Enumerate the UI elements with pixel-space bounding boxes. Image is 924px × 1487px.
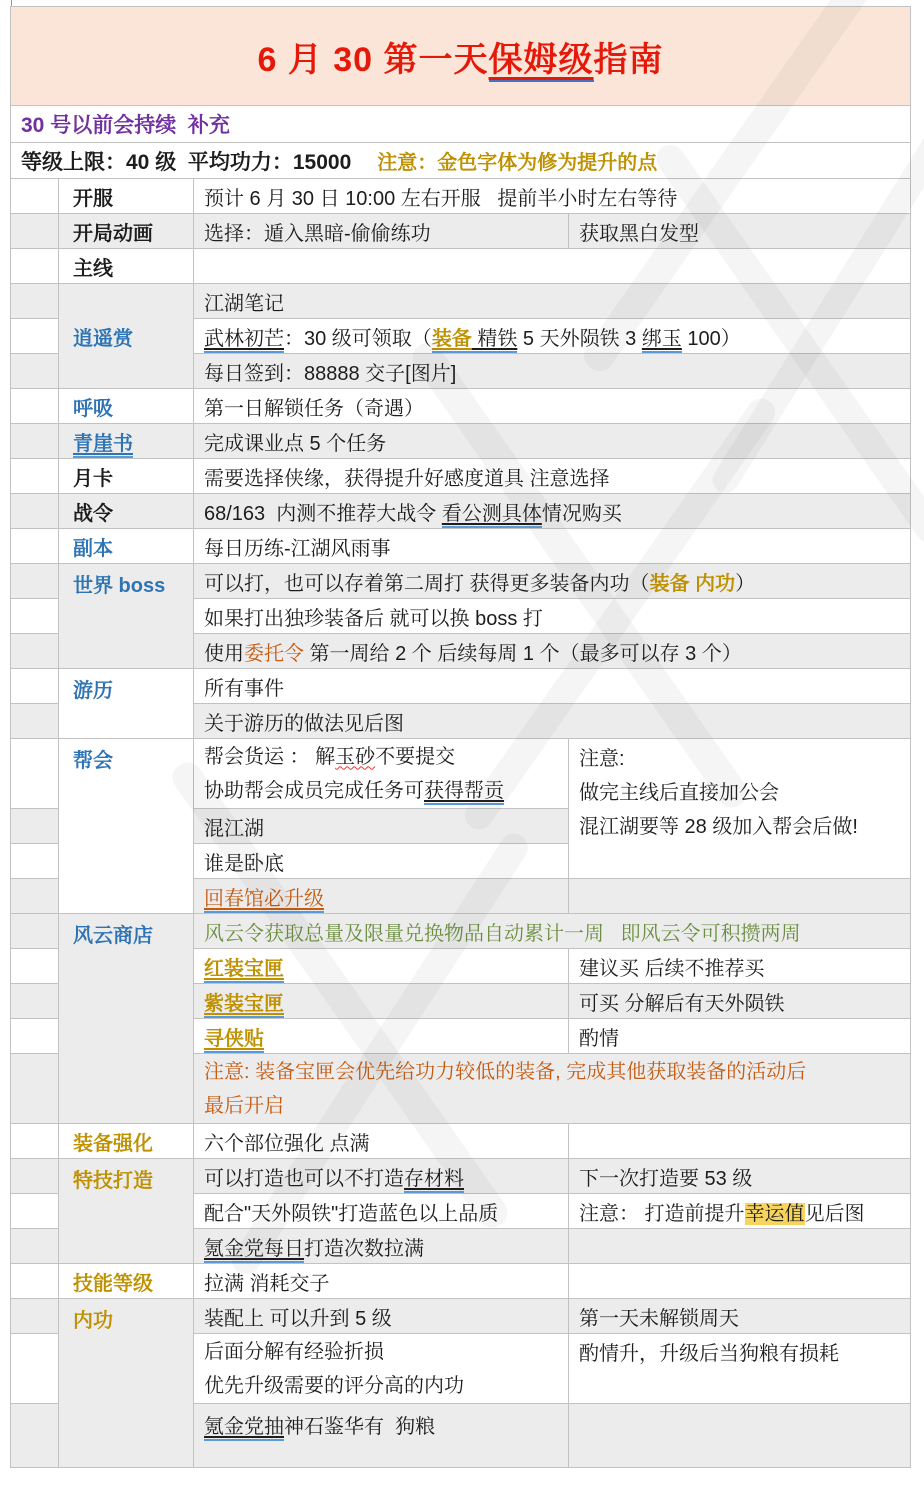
row-teji-1: 特技打造可以打造也可以不打造存材料下一次打造要 53 级	[11, 1159, 911, 1194]
desc-donghua-right: 获取黑白发型	[569, 214, 911, 249]
cat-yueka: 月卡	[59, 459, 194, 494]
desc-neigong-3: 氪金党抽神石鉴华有 狗粮	[194, 1404, 569, 1468]
guide-sheet: 6 月 30 第一天保姆级指南 30 号以前会持续 补充 等级上限：40 级 平…	[0, 0, 924, 1487]
empty-cell	[11, 1019, 59, 1054]
desc-yueka: 需要选择侠缘，获得提升好感度道具 注意选择	[194, 459, 911, 494]
note-hongzhuang: 建议买 后续不推荐买	[569, 949, 911, 984]
empty-cell	[11, 424, 59, 459]
desc-neigong-1: 装配上 可以升到 5 级	[194, 1299, 569, 1334]
empty-cell	[11, 599, 59, 634]
cat-fuben: 副本	[59, 529, 194, 564]
desc-youli-1: 所有事件	[194, 669, 911, 704]
cat-qingya: 青崖书	[59, 424, 194, 459]
empty-cell	[11, 844, 59, 879]
empty-cell	[11, 1054, 59, 1124]
row-banghui-1: 帮会帮会货运 ： 解玉砂不要提交协助帮会成员完成任务可获得帮贡注意:做完主线后直…	[11, 739, 911, 809]
desc-boss-2: 如果打出独珍装备后 就可以换 boss 打	[194, 599, 911, 634]
empty-cell	[11, 529, 59, 564]
empty-cell	[11, 249, 59, 284]
note-zizhuang: 可买 分解后有天外陨铁	[569, 984, 911, 1019]
row-jineng: 技能等级拉满 消耗交子	[11, 1264, 911, 1299]
level-row: 等级上限：40 级 平均功力：15000注意：金色字体为修为提升的点	[11, 143, 911, 179]
row-donghua: 开局动画选择：遁入黑暗-偷偷练功获取黑白发型	[11, 214, 911, 249]
empty-cell	[11, 179, 59, 214]
empty-cell	[569, 1229, 911, 1264]
desc-qingya: 完成课业点 5 个任务	[194, 424, 911, 459]
desc-boss-3: 使用委托令 第一周给 2 个 后续每周 1 个（最多可以存 3 个）	[194, 634, 911, 669]
row-neigong-1: 内功装配上 可以升到 5 级第一天未解锁周天	[11, 1299, 911, 1334]
cat-xiaoyao: 逍遥赏	[59, 284, 194, 389]
empty-cell	[11, 669, 59, 704]
desc-fengyun-green: 风云令获取总量及限量兑换物品自动累计一周 即风云令可积攒两周	[194, 914, 911, 949]
purple-note: 30 号以前会持续 补充	[11, 106, 911, 143]
purple-note-row: 30 号以前会持续 补充	[11, 106, 911, 143]
level-note: 等级上限：40 级 平均功力：15000注意：金色字体为修为提升的点	[11, 143, 911, 179]
desc-zizhuang: 紫装宝匣	[194, 984, 569, 1019]
empty-cell	[11, 949, 59, 984]
cat-neigong: 内功	[59, 1299, 194, 1468]
desc-youli-2: 关于游历的做法见后图	[194, 704, 911, 739]
cat-world-boss: 世界 boss	[59, 564, 194, 669]
row-fuben: 副本每日历练-江湖风雨事	[11, 529, 911, 564]
cat-qianghua: 装备强化	[59, 1124, 194, 1159]
note-neigong-1: 第一天未解锁周天	[569, 1299, 911, 1334]
desc-donghua: 选择：遁入黑暗-偷偷练功	[194, 214, 569, 249]
empty-cell	[11, 1404, 59, 1468]
desc-daily-signin: 每日签到：88888 交子[图片]	[194, 354, 911, 389]
desc-banghui-3: 谁是卧底	[194, 844, 569, 879]
empty-cell	[11, 1229, 59, 1264]
row-zhuxian: 主线	[11, 249, 911, 284]
desc-boss-1: 可以打，也可以存着第二周打 获得更多装备内功（装备 内功）	[194, 564, 911, 599]
title-cell: 6 月 30 第一天保姆级指南	[11, 7, 911, 106]
empty-cell	[11, 809, 59, 844]
row-fengyun-1: 风云商店风云令获取总量及限量兑换物品自动累计一周 即风云令可积攒两周	[11, 914, 911, 949]
row-qingya: 青崖书完成课业点 5 个任务	[11, 424, 911, 459]
row-yueka: 月卡需要选择侠缘，获得提升好感度道具 注意选择	[11, 459, 911, 494]
empty-cell	[11, 984, 59, 1019]
note-teji-1: 下一次打造要 53 级	[569, 1159, 911, 1194]
row-huxi: 呼吸第一日解锁任务（奇遇）	[11, 389, 911, 424]
desc-teji-2: 配合"天外陨铁"打造蓝色以上品质	[194, 1194, 569, 1229]
desc-teji-1: 可以打造也可以不打造存材料	[194, 1159, 569, 1194]
note-neigong-2: 酌情升，升级后当狗粮有损耗	[569, 1334, 911, 1404]
row-youli-1: 游历所有事件	[11, 669, 911, 704]
empty-cell	[11, 214, 59, 249]
desc-banghui-4: 回春馆必升级	[194, 879, 569, 914]
empty-cell	[11, 564, 59, 599]
empty-cell	[11, 389, 59, 424]
cat-zhanling: 战令	[59, 494, 194, 529]
desc-jianghu-biji: 江湖笔记	[194, 284, 911, 319]
row-boss-1: 世界 boss可以打，也可以存着第二周打 获得更多装备内功（装备 内功）	[11, 564, 911, 599]
note-baoxia: 注意: 装备宝匣会优先给功力较低的装备, 完成其他获取装备的活动后最后开启	[194, 1054, 911, 1124]
title-banner: 6 月 30 第一天保姆级指南	[11, 7, 911, 106]
empty-cell	[11, 1194, 59, 1229]
guide-table: 6 月 30 第一天保姆级指南 30 号以前会持续 补充 等级上限：40 级 平…	[10, 6, 911, 1468]
empty-cell	[11, 739, 59, 809]
desc-kaifu: 预计 6 月 30 日 10:00 左右开服 提前半小时左右等待	[194, 179, 911, 214]
desc-zhanling: 68/163 内测不推荐大战令 看公测具体情况购买	[194, 494, 911, 529]
desc-banghui-1: 帮会货运 ： 解玉砂不要提交协助帮会成员完成任务可获得帮贡	[194, 739, 569, 809]
empty-cell	[11, 1299, 59, 1334]
empty-cell	[569, 879, 911, 914]
empty-cell	[11, 319, 59, 354]
empty-cell	[194, 249, 911, 284]
empty-cell	[11, 1159, 59, 1194]
cat-fengyun: 风云商店	[59, 914, 194, 1124]
desc-qianghua: 六个部位强化 点满	[194, 1124, 569, 1159]
empty-cell	[11, 914, 59, 949]
empty-cell	[11, 1124, 59, 1159]
empty-cell	[11, 459, 59, 494]
desc-xunxiatie: 寻侠贴	[194, 1019, 569, 1054]
desc-wulin-chumang: 武林初芒：30 级可领取（装备 精铁 5 天外陨铁 3 绑玉 100）	[194, 319, 911, 354]
note-xunxiatie: 酌情	[569, 1019, 911, 1054]
row-qianghua: 装备强化六个部位强化 点满	[11, 1124, 911, 1159]
cat-donghua: 开局动画	[59, 214, 194, 249]
row-kaifu: 开服预计 6 月 30 日 10:00 左右开服 提前半小时左右等待	[11, 179, 911, 214]
row-zhanling: 战令68/163 内测不推荐大战令 看公测具体情况购买	[11, 494, 911, 529]
empty-cell	[569, 1264, 911, 1299]
empty-cell	[11, 494, 59, 529]
cat-teji: 特技打造	[59, 1159, 194, 1264]
desc-hongzhuang: 红装宝匣	[194, 949, 569, 984]
cat-youli: 游历	[59, 669, 194, 739]
desc-huxi: 第一日解锁任务（奇遇）	[194, 389, 911, 424]
empty-cell	[11, 704, 59, 739]
note-banghui: 注意:做完主线后直接加公会混江湖要等 28 级加入帮会后做!	[569, 739, 911, 879]
desc-teji-3: 氪金党每日打造次数拉满	[194, 1229, 569, 1264]
desc-banghui-2: 混江湖	[194, 809, 569, 844]
empty-cell	[569, 1404, 911, 1468]
cat-zhuxian: 主线	[59, 249, 194, 284]
empty-cell	[11, 1264, 59, 1299]
empty-cell	[11, 1334, 59, 1404]
cat-banghui: 帮会	[59, 739, 194, 914]
note-teji-2: 注意： 打造前提升幸运值见后图	[569, 1194, 911, 1229]
cat-huxi: 呼吸	[59, 389, 194, 424]
desc-jineng: 拉满 消耗交子	[194, 1264, 569, 1299]
cat-jineng: 技能等级	[59, 1264, 194, 1299]
empty-cell	[11, 354, 59, 389]
empty-cell	[11, 634, 59, 669]
page-title: 6 月 30 第一天保姆级指南	[257, 41, 663, 82]
desc-fuben: 每日历练-江湖风雨事	[194, 529, 911, 564]
desc-neigong-2: 后面分解有经验折损优先升级需要的评分高的内功	[194, 1334, 569, 1404]
empty-cell	[569, 1124, 911, 1159]
empty-cell	[11, 879, 59, 914]
empty-cell	[11, 284, 59, 319]
cat-kaifu: 开服	[59, 179, 194, 214]
row-xiaoyao-1: 逍遥赏江湖笔记	[11, 284, 911, 319]
